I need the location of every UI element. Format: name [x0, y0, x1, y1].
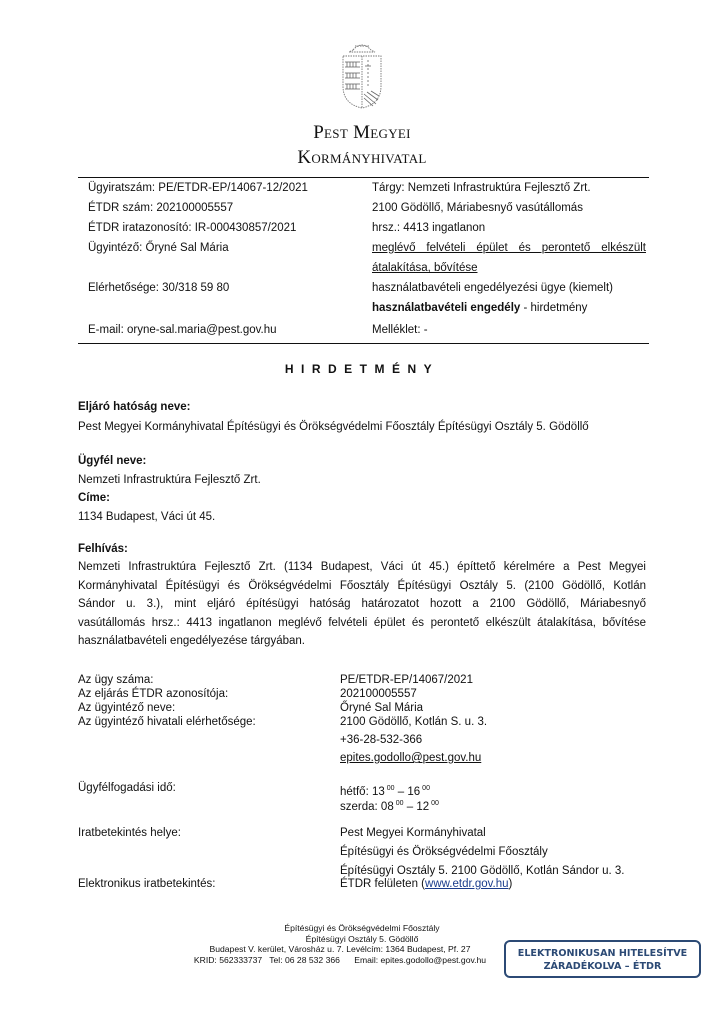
office-email-link[interactable]: epites.godollo@pest.gov.hu [340, 752, 481, 766]
hours-minutes: 00 [422, 785, 430, 792]
subject-underlined-1: meglévő felvételi épület és perontető el… [372, 238, 646, 258]
client-label: Ügyfél neve: [78, 455, 146, 467]
notice-paragraph: Nemzeti Infrastruktúra Fejlesztő Zrt. (1… [78, 558, 646, 651]
electronic-value: ÉTDR felületen (www.etdr.gov.hu) [340, 878, 512, 892]
subject-line-2: 2100 Gödöllő, Máriabesnyő vasútállomás [372, 198, 646, 218]
etdr-id-value: 202100005557 [340, 688, 417, 702]
subject-bold: használatbavételi engedély [372, 302, 520, 314]
etdr-link[interactable]: www.etdr.gov.hu [425, 878, 509, 890]
document-title: HIRDETMÉNY [0, 362, 724, 376]
office-email[interactable]: epites.godollo@pest.gov.hu [340, 752, 481, 764]
hours-wednesday: szerda: 0800 – 1200 [340, 797, 439, 815]
hours-minutes: 00 [396, 800, 404, 807]
address-label: Címe: [78, 492, 110, 504]
authority-label: Eljáró hatóság neve: [78, 401, 190, 413]
authority-value: Pest Megyei Kormányhivatal Építésügyi és… [78, 421, 589, 433]
notice-line: Sándor u. 3.), mint eljáró építésügyi ha… [78, 595, 646, 614]
subject-suffix: - hirdetmény [520, 302, 587, 314]
inspection-place-line: Építésügyi és Örökségvédelmi Főosztály [340, 846, 548, 860]
etdr-number: ÉTDR szám: 202100005557 [88, 198, 233, 218]
office-contact-label: Az ügyintéző hivatali elérhetősége: [78, 716, 256, 730]
subject-line-7: használatbavételi engedély - hirdetmény [372, 298, 646, 318]
electronic-prefix: ÉTDR felületen ( [340, 878, 425, 890]
office-address: 2100 Gödöllő, Kotlán S. u. 3. [340, 716, 487, 730]
notice-line: Nemzeti Infrastruktúra Fejlesztő Zrt. (1… [78, 558, 646, 577]
notice-line: használatbavételi engedélyezése tárgyába… [78, 632, 646, 651]
inspection-place-line: Pest Megyei Kormányhivatal [340, 827, 486, 841]
electronic-label: Elektronikus iratbetekintés: [78, 878, 215, 892]
case-number: Ügyiratszám: PE/ETDR-EP/14067-12/2021 [88, 178, 308, 198]
etdr-id-label: Az eljárás ÉTDR azonosítója: [78, 688, 228, 702]
stamp-line: ELEKTRONIKUSAN HITELESÍTVE [506, 947, 699, 960]
etdr-doc-id: ÉTDR iratazonosító: IR-000430857/2021 [88, 218, 296, 238]
notice-line: Kormányhivatal Építésügyi és Örökségvéde… [78, 577, 646, 596]
notice-line: vasútállomás hrsz.: 4413 ingatlanon megl… [78, 614, 646, 633]
electronic-suffix: ) [509, 878, 513, 890]
coat-of-arms-icon [331, 38, 393, 110]
attachment: Melléklet: - [372, 320, 646, 340]
org-name-line1: Pest Megyei [0, 122, 724, 144]
case-officer: Ügyintéző: Őryné Sal Mária [88, 238, 229, 258]
officer-contact: Elérhetősége: 30/318 59 80 [88, 278, 229, 298]
inspection-place-label: Iratbetekintés helye: [78, 827, 181, 841]
inspection-place-line: Építésügyi Osztály 5. 2100 Gödöllő, Kotl… [340, 865, 624, 879]
office-phone: +36-28-532-366 [340, 734, 422, 748]
hours-to: 12 [416, 801, 429, 813]
subject-line-1: Tárgy: Nemzeti Infrastruktúra Fejlesztő … [372, 178, 646, 198]
footer-line: Építésügyi és Örökségvédelmi Főosztály [0, 923, 724, 934]
officer-email: E-mail: oryne-sal.maria@pest.gov.hu [88, 320, 277, 340]
client-value: Nemzeti Infrastruktúra Fejlesztő Zrt. [78, 474, 261, 486]
hours-minutes: 00 [431, 800, 439, 807]
case-no-value: PE/ETDR-EP/14067/2021 [340, 674, 473, 688]
electronic-authentication-stamp: ELEKTRONIKUSAN HITELESÍTVE ZÁRADÉKOLVA –… [504, 940, 701, 978]
subject-line-6: használatbavételi engedélyezési ügye (ki… [372, 278, 646, 298]
stamp-line: ZÁRADÉKOLVA – ÉTDR [506, 960, 699, 973]
hours-label: Ügyfélfogadási idő: [78, 782, 176, 796]
notice-label: Felhívás: [78, 543, 128, 555]
address-value: 1134 Budapest, Váci út 45. [78, 511, 215, 523]
hours-minutes: 00 [387, 785, 395, 792]
table-bottom-border [78, 343, 649, 344]
case-no-label: Az ügy száma: [78, 674, 153, 688]
subject-underlined-2: átalakítása, bővítése [372, 258, 646, 278]
officer-value: Őryné Sal Mária [340, 702, 423, 716]
hours-day: szerda: [340, 801, 378, 813]
officer-label: Az ügyintéző neve: [78, 702, 175, 716]
subject-line-3: hrsz.: 4413 ingatlanon [372, 218, 646, 238]
org-name-line2: Kormányhivatal [0, 147, 724, 169]
hours-from: 08 [381, 801, 394, 813]
